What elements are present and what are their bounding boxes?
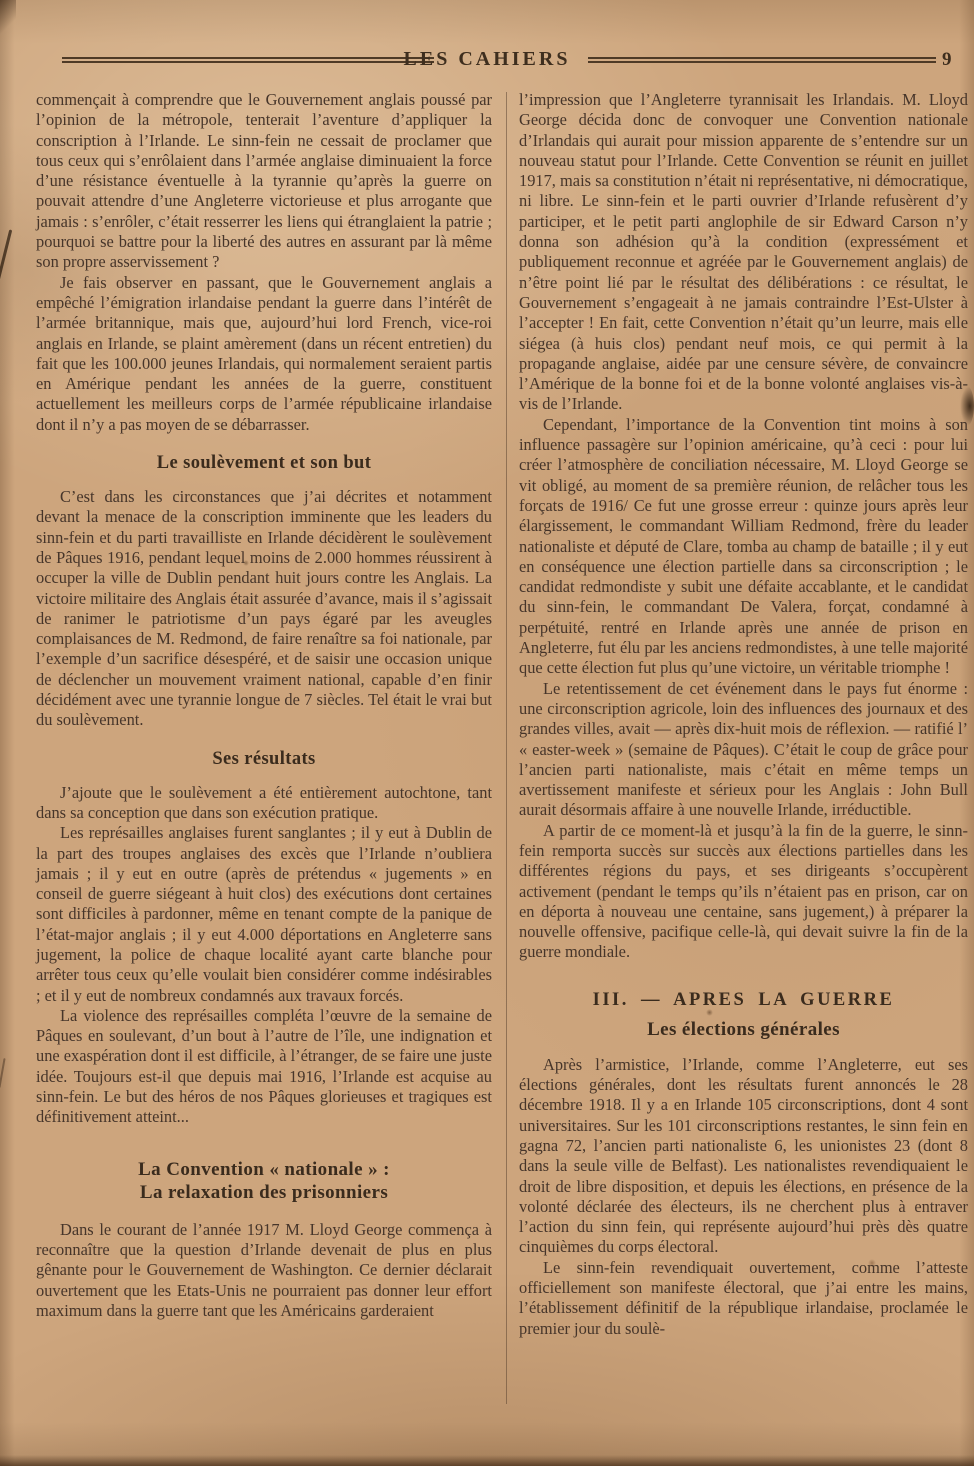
paragraph: Après l’armistice, l’Irlande, comme l’An… bbox=[519, 1055, 968, 1258]
paragraph: La violence des représailles compléta l’… bbox=[36, 1006, 492, 1128]
scan-edge-shadow bbox=[0, 0, 16, 34]
header-rule-right bbox=[588, 57, 936, 63]
scan-edge-shadow bbox=[0, 1455, 974, 1466]
section-heading-resultats: Ses résultats bbox=[36, 748, 492, 771]
paragraph: Le sinn-fein revendiquait ouvertement, c… bbox=[519, 1258, 968, 1339]
paper-speck bbox=[868, 1259, 876, 1267]
paragraph: Dans le courant de l’année 1917 M. Lloyd… bbox=[36, 1220, 492, 1321]
paragraph: Cependant, l’importance de la Convention… bbox=[519, 415, 968, 679]
paragraph: Je fais observer en passant, que le Gouv… bbox=[36, 273, 492, 435]
section-heading-convention: La Convention « nationale » : La relaxat… bbox=[36, 1158, 492, 1204]
ink-stain bbox=[960, 386, 974, 426]
paragraph: commençait à comprendre que le Gouvernem… bbox=[36, 90, 492, 273]
paragraph: Le retentissement de cet événement dans … bbox=[519, 679, 968, 821]
left-column: commençait à comprendre que le Gouvernem… bbox=[36, 90, 492, 1321]
paragraph: C’est dans les circonstances que j’ai dé… bbox=[36, 487, 492, 731]
column-divider-rule bbox=[506, 92, 507, 1404]
ink-mark bbox=[0, 229, 12, 280]
section-heading-elections: Les élections générales bbox=[519, 1018, 968, 1041]
section-heading-soulevement: Le soulèvement et son but bbox=[36, 452, 492, 475]
paper-speck bbox=[243, 560, 249, 566]
paragraph: Les représailles anglaises furent sangla… bbox=[36, 823, 492, 1006]
paper-speck bbox=[706, 1009, 713, 1016]
paragraph: J’ajoute que le soulèvement a été entièr… bbox=[36, 783, 492, 824]
page-number: 9 bbox=[942, 49, 952, 71]
scanned-journal-page: LES CAHIERS 9 commençait à comprendre qu… bbox=[0, 0, 974, 1466]
right-column: l’impression que l’Angleterre tyrannisai… bbox=[519, 90, 968, 1339]
paragraph: A partir de ce moment-là et jusqu’à la f… bbox=[519, 821, 968, 963]
chapter-heading-apres-la-guerre: III. — APRES LA GUERRE bbox=[519, 989, 968, 1012]
paragraph: l’impression que l’Angleterre tyrannisai… bbox=[519, 90, 968, 415]
ink-mark bbox=[0, 1058, 6, 1088]
